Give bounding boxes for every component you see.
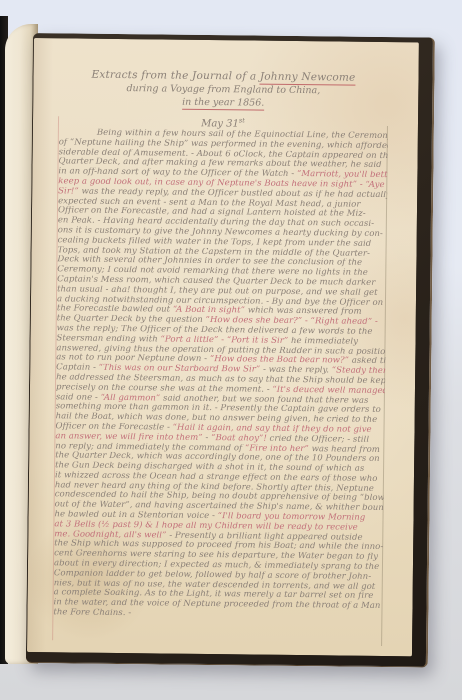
manuscript-lines: Being within a few hours sail of the Equ… [53,128,388,622]
manuscript-title: Extracts from the Journal of a Johnny Ne… [63,68,384,131]
photo-scene: Extracts from the Journal of a Johnny Ne… [0,0,462,700]
title-underlined-name: Johnny Newcome [260,71,356,86]
title-line-3: in the year 1856. [63,95,383,110]
title-line-1: Extracts from the Journal of a Johnny Ne… [63,68,383,84]
manuscript-page: Extracts from the Journal of a Johnny Ne… [27,38,419,656]
book-cover: Extracts from the Journal of a Johnny Ne… [26,33,435,668]
